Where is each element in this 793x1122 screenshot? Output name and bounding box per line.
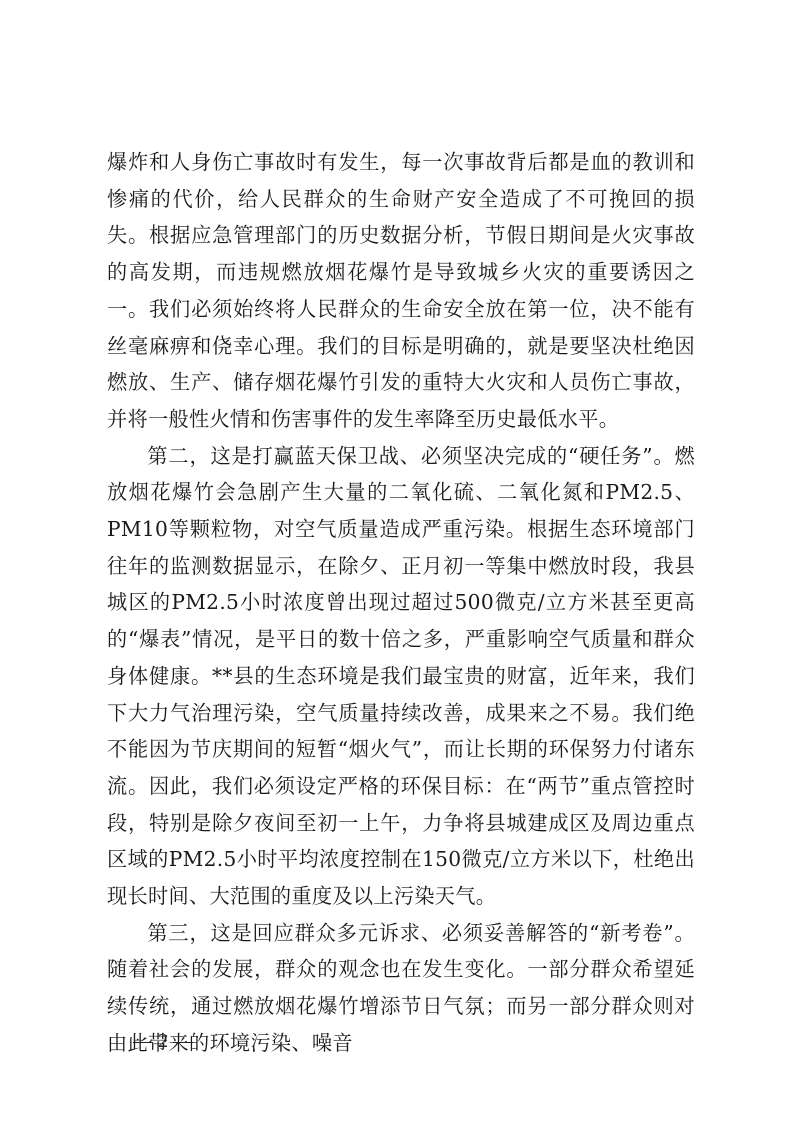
paragraph-second-point: 第二，这是打赢蓝天保卫战、必须坚决完成的“硬任务”。燃放烟花爆竹会急剧产生大量的… xyxy=(107,438,695,915)
document-page: 爆炸和人身伤亡事故时有发生，每一次事故背后都是血的教训和惨痛的代价，给人民群众的… xyxy=(0,0,793,1122)
paragraph-continuation: 爆炸和人身伤亡事故时有发生，每一次事故背后都是血的教训和惨痛的代价，给人民群众的… xyxy=(107,144,695,438)
body-text: 爆炸和人身伤亡事故时有发生，每一次事故背后都是血的教训和惨痛的代价，给人民群众的… xyxy=(107,144,695,1062)
paragraph-third-point: 第三，这是回应群众多元诉求、必须妥善解答的“新考卷”。随着社会的发展，群众的观念… xyxy=(107,915,695,1062)
page-number: — 2 — xyxy=(133,1030,193,1053)
